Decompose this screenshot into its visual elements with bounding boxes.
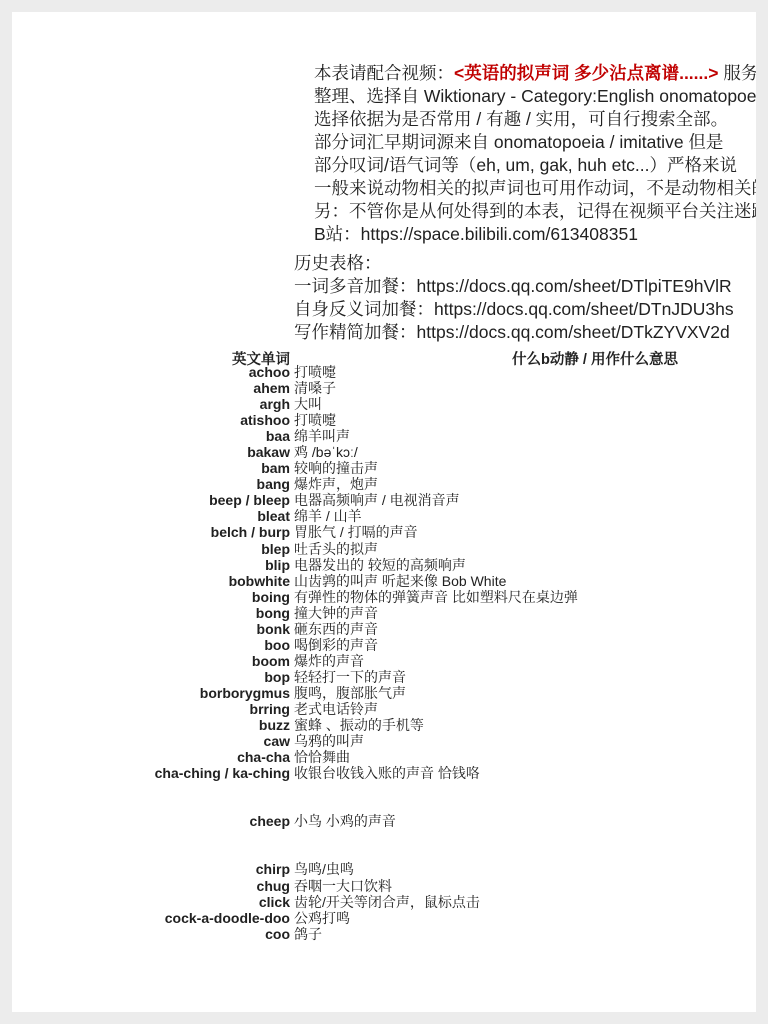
english-word-cell: bleat (12, 508, 290, 524)
table-row: cheep小鸟 小鸡的声音 (12, 813, 756, 829)
table-row: ahem清嗓子 (12, 380, 756, 396)
table-row: bakaw鸡 /bəˈkɔː/ (12, 444, 756, 460)
table-row: blip电器发出的 较短的高频响声 (12, 557, 756, 573)
chinese-meaning-cell: 打喷嚏 (294, 364, 336, 380)
notice-line: 整理、选择自 Wiktionary - Category:English ono… (314, 85, 756, 108)
chinese-meaning-cell: 清嗓子 (294, 380, 336, 396)
history-links: 一词多音加餐：https://docs.qq.com/sheet/DTlpiTE… (294, 275, 734, 344)
notice-line-suffix: 服务 (718, 63, 756, 83)
chinese-meaning-cell: 砸东西的声音 (294, 621, 378, 637)
table-row: atishoo打喷嚏 (12, 412, 756, 428)
english-word-cell: chirp (12, 861, 290, 877)
chinese-meaning-cell: 爆炸声，炮声 (294, 476, 378, 492)
english-word-cell: blep (12, 541, 290, 557)
english-word-cell: bong (12, 605, 290, 621)
chinese-meaning-cell: 胃胀气 / 打嗝的声音 (294, 524, 418, 540)
table-row: cock-a-doodle-doo公鸡打鸣 (12, 910, 756, 926)
english-word-cell: cha-ching / ka-ching (12, 765, 290, 781)
english-word-cell: achoo (12, 364, 290, 380)
english-word-cell: cha-cha (12, 749, 290, 765)
english-word-cell: bobwhite (12, 573, 290, 589)
notice-line: 部分词汇早期词源来自 onomatopoeia / imitative 但是 (314, 131, 756, 154)
english-word-cell: borborygmus (12, 685, 290, 701)
chinese-meaning-cell: 鸽子 (294, 926, 322, 942)
chinese-meaning-cell: 小鸟 小鸡的声音 (294, 813, 396, 829)
english-word-cell: belch / burp (12, 524, 290, 540)
chinese-meaning-cell: 山齿鹑的叫声 听起来像 Bob White (294, 573, 506, 589)
english-word-cell: buzz (12, 717, 290, 733)
chinese-meaning-cell: 电器发出的 较短的高频响声 (294, 557, 466, 573)
chinese-meaning-cell: 绵羊 / 山羊 (294, 508, 362, 524)
chinese-meaning-cell: 吐舌头的拟声 (294, 541, 378, 557)
history-link: 一词多音加餐：https://docs.qq.com/sheet/DTlpiTE… (294, 275, 734, 298)
english-word-cell: bam (12, 460, 290, 476)
video-title-highlight: <英语的拟声词 多少沾点离谱......> (454, 63, 718, 83)
vocab-table: achoo打喷嚏ahem清嗓子argh大叫atishoo打喷嚏baa绵羊叫声ba… (12, 364, 756, 942)
table-row: boing有弹性的物体的弹簧声音 比如塑料尺在桌边弹 (12, 589, 756, 605)
table-row: brring老式电话铃声 (12, 701, 756, 717)
english-word-cell: atishoo (12, 412, 290, 428)
english-word-cell: boing (12, 589, 290, 605)
document-page: 本表请配合视频：<英语的拟声词 多少沾点离谱......> 服务 整理、选择自 … (12, 12, 756, 1012)
table-row (12, 797, 756, 813)
chinese-meaning-cell: 乌鸦的叫声 (294, 733, 364, 749)
chinese-meaning-cell: 大叫 (294, 396, 322, 412)
chinese-meaning-cell: 鸡 /bəˈkɔː/ (294, 444, 358, 460)
table-row: argh大叫 (12, 396, 756, 412)
table-row: caw乌鸦的叫声 (12, 733, 756, 749)
history-link: 写作精简加餐：https://docs.qq.com/sheet/DTkZYVX… (294, 321, 734, 344)
english-word-cell: caw (12, 733, 290, 749)
english-word-cell: beep / bleep (12, 492, 290, 508)
table-row (12, 845, 756, 861)
chinese-meaning-cell: 老式电话铃声 (294, 701, 378, 717)
table-row: bonk砸东西的声音 (12, 621, 756, 637)
chinese-meaning-cell: 公鸡打鸣 (294, 910, 350, 926)
history-link: 自身反义词加餐：https://docs.qq.com/sheet/DTnJDU… (294, 298, 734, 321)
table-row: bleat绵羊 / 山羊 (12, 508, 756, 524)
table-row: cha-ching / ka-ching收银台收钱入账的声音 恰钱咯 (12, 765, 756, 781)
table-row: boom爆炸的声音 (12, 653, 756, 669)
table-row: achoo打喷嚏 (12, 364, 756, 380)
table-row: blep吐舌头的拟声 (12, 541, 756, 557)
chinese-meaning-cell: 收银台收钱入账的声音 恰钱咯 (294, 765, 480, 781)
table-row: cha-cha恰恰舞曲 (12, 749, 756, 765)
table-row (12, 781, 756, 797)
table-row: coo鸽子 (12, 926, 756, 942)
table-row: chug吞咽一大口饮料 (12, 878, 756, 894)
table-row: bong撞大钟的声音 (12, 605, 756, 621)
notice-block: 本表请配合视频：<英语的拟声词 多少沾点离谱......> 服务 整理、选择自 … (314, 62, 756, 246)
chinese-meaning-cell: 轻轻打一下的声音 (294, 669, 406, 685)
english-word-cell (12, 781, 290, 797)
chinese-meaning-cell: 电器高频响声 / 电视消音声 (294, 492, 460, 508)
english-word-cell: bop (12, 669, 290, 685)
english-word-cell: click (12, 894, 290, 910)
chinese-meaning-cell: 喝倒彩的声音 (294, 637, 378, 653)
history-block: 历史表格： 一词多音加餐：https://docs.qq.com/sheet/D… (294, 252, 734, 344)
notice-lines: 整理、选择自 Wiktionary - Category:English ono… (314, 85, 756, 246)
english-word-cell: ahem (12, 380, 290, 396)
english-word-cell: bakaw (12, 444, 290, 460)
chinese-meaning-cell: 齿轮/开关等闭合声，鼠标点击 (294, 894, 480, 910)
english-word-cell (12, 797, 290, 813)
table-row: borborygmus腹鸣，腹部胀气声 (12, 685, 756, 701)
chinese-meaning-cell: 绵羊叫声 (294, 428, 350, 444)
english-word-cell: coo (12, 926, 290, 942)
chinese-meaning-cell: 蜜蜂 、振动的手机等 (294, 717, 424, 733)
table-row: beep / bleep电器高频响声 / 电视消音声 (12, 492, 756, 508)
english-word-cell: bonk (12, 621, 290, 637)
chinese-meaning-cell: 恰恰舞曲 (294, 749, 350, 765)
chinese-meaning-cell: 鸟鸣/虫鸣 (294, 861, 354, 877)
chinese-meaning-cell: 吞咽一大口饮料 (294, 878, 392, 894)
english-word-cell: boom (12, 653, 290, 669)
notice-line: 部分叹词/语气词等（eh, um, gak, huh etc...）严格来说 (314, 154, 756, 177)
english-word-cell: chug (12, 878, 290, 894)
table-row: chirp鸟鸣/虫鸣 (12, 861, 756, 877)
notice-line: 另：不管你是从何处得到的本表，记得在视频平台关注迷路 (314, 200, 756, 223)
chinese-meaning-cell: 打喷嚏 (294, 412, 336, 428)
table-row: bam较响的撞击声 (12, 460, 756, 476)
notice-line-video: 本表请配合视频：<英语的拟声词 多少沾点离谱......> 服务 (314, 62, 756, 85)
table-row: bop轻轻打一下的声音 (12, 669, 756, 685)
chinese-meaning-cell: 爆炸的声音 (294, 653, 364, 669)
english-word-cell: boo (12, 637, 290, 653)
english-word-cell: bang (12, 476, 290, 492)
chinese-meaning-cell: 撞大钟的声音 (294, 605, 378, 621)
english-word-cell: brring (12, 701, 290, 717)
notice-line: B站：https://space.bilibili.com/613408351 (314, 223, 756, 246)
table-row: bobwhite山齿鹑的叫声 听起来像 Bob White (12, 573, 756, 589)
english-word-cell: cock-a-doodle-doo (12, 910, 290, 926)
table-row: bang爆炸声，炮声 (12, 476, 756, 492)
notice-line: 一般来说动物相关的拟声词也可用作动词，不是动物相关的 (314, 177, 756, 200)
english-word-cell: baa (12, 428, 290, 444)
english-word-cell: blip (12, 557, 290, 573)
table-row (12, 829, 756, 845)
notice-line-prefix: 本表请配合视频： (314, 63, 454, 83)
english-word-cell (12, 845, 290, 861)
chinese-meaning-cell: 有弹性的物体的弹簧声音 比如塑料尺在桌边弹 (294, 589, 578, 605)
table-row: buzz蜜蜂 、振动的手机等 (12, 717, 756, 733)
english-word-cell: cheep (12, 813, 290, 829)
chinese-meaning-cell: 较响的撞击声 (294, 460, 378, 476)
english-word-cell: argh (12, 396, 290, 412)
table-row: click齿轮/开关等闭合声，鼠标点击 (12, 894, 756, 910)
chinese-meaning-cell: 腹鸣，腹部胀气声 (294, 685, 406, 701)
table-row: boo喝倒彩的声音 (12, 637, 756, 653)
page-background: 本表请配合视频：<英语的拟声词 多少沾点离谱......> 服务 整理、选择自 … (0, 0, 768, 1024)
table-row: baa绵羊叫声 (12, 428, 756, 444)
history-title: 历史表格： (294, 252, 734, 275)
notice-line: 选择依据为是否常用 / 有趣 / 实用，可自行搜索全部。 (314, 108, 756, 131)
english-word-cell (12, 829, 290, 845)
table-row: belch / burp胃胀气 / 打嗝的声音 (12, 524, 756, 540)
